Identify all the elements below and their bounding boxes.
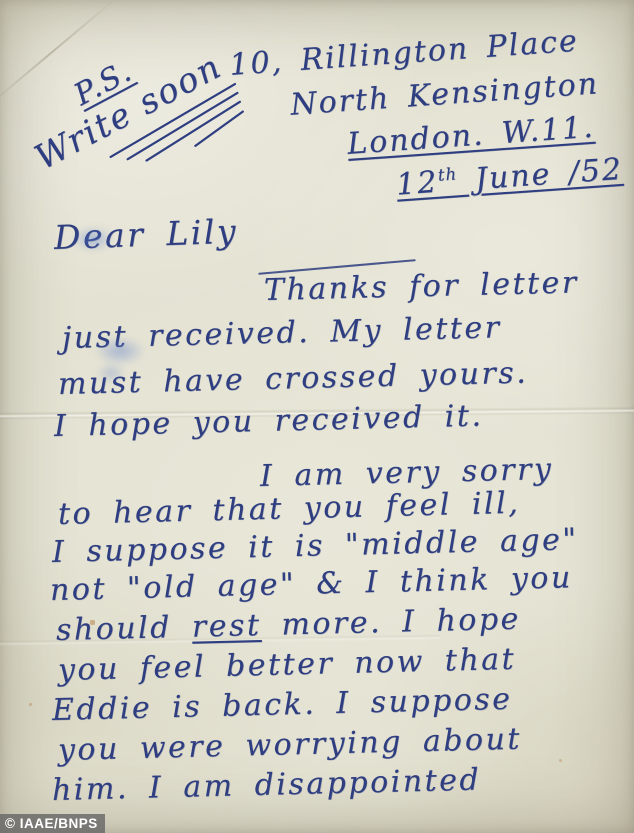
ps-note: P.S. Write soon	[12, 16, 229, 179]
ink-smudge	[96, 362, 126, 384]
body-line: you feel better now that	[58, 643, 517, 687]
body-line: Thanks for letter	[264, 266, 579, 307]
body-line: Eddie is back. I suppose	[52, 683, 513, 727]
underlined-word-rest: rest	[191, 608, 261, 645]
letter-body: Dear Lily Thanks for letter just receive…	[48, 222, 628, 822]
body-line: him. I am disappointed	[52, 764, 482, 807]
foxing-specks	[0, 0, 1, 1]
body-line: I hope you received it.	[54, 400, 484, 443]
body-line: you were worrying about	[58, 723, 523, 767]
photo-credit-watermark: © IAAE/BNPS	[0, 814, 105, 833]
ink-smudge	[72, 226, 114, 252]
address-block: 10, Rillington Place North Kensington Lo…	[228, 17, 624, 217]
ink-smudge	[94, 336, 146, 366]
letter-page: P.S. Write soon 10, Rillington Place Nor…	[0, 0, 634, 833]
body-line: should rest more. I hope	[56, 603, 522, 647]
